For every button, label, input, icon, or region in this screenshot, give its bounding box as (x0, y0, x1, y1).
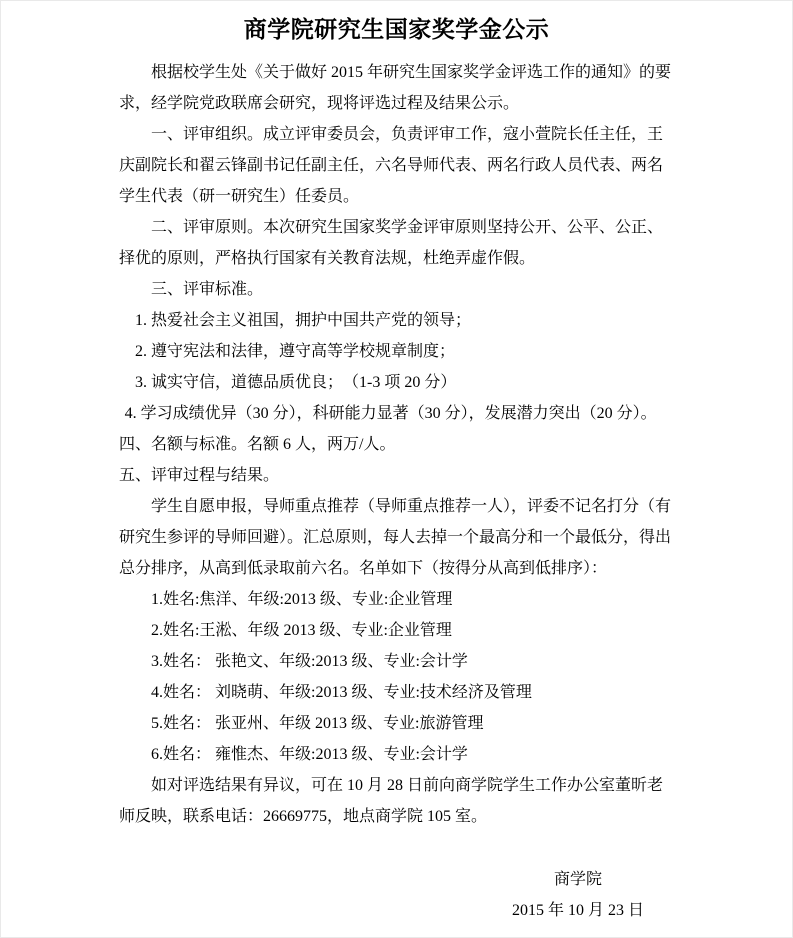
winner-list-item-3: 3.姓名： 张艳文、年级:2013 级、专业:会计学 (119, 646, 676, 677)
winner-list-item-5: 5.姓名： 张亚州、年级 2013 级、专业:旅游管理 (119, 708, 676, 739)
paragraph-section-2: 二、评审原则。本次研究生国家奖学金评审原则坚持公开、公平、公正、择优的原则，严格… (119, 212, 676, 274)
signature-block: 商学院 2015 年 10 月 23 日 (453, 864, 703, 926)
winner-list-item-4: 4.姓名： 刘晓萌、年级:2013 级、专业:技术经济及管理 (119, 677, 676, 708)
paragraph-section-3: 三、评审标准。 (119, 274, 676, 305)
signature-org: 商学院 (453, 864, 703, 895)
criteria-item-1: 1. 热爱社会主义祖国，拥护中国共产党的领导； (119, 305, 676, 336)
paragraph-process: 学生自愿申报，导师重点推荐（导师重点推荐一人），评委不记名打分（有研究生参评的导… (119, 491, 676, 584)
document-body: 根据校学生处《关于做好 2015 年研究生国家奖学金评选工作的通知》的要求，经学… (119, 57, 676, 832)
criteria-item-2: 2. 遵守宪法和法律，遵守高等学校规章制度； (119, 336, 676, 367)
document-title: 商学院研究生国家奖学金公示 (1, 1, 792, 45)
criteria-item-4: 4. 学习成绩优异（30 分），科研能力显著（30 分），发展潜力突出（20 分… (119, 398, 676, 429)
document-page: 商学院研究生国家奖学金公示 根据校学生处《关于做好 2015 年研究生国家奖学金… (0, 0, 793, 938)
paragraph-contact: 如对评选结果有异议，可在 10 月 28 日前向商学院学生工作办公室董昕老师反映… (119, 770, 676, 832)
winner-list-item-1: 1.姓名:焦洋、年级:2013 级、专业:企业管理 (119, 584, 676, 615)
paragraph-section-4: 四、名额与标准。名额 6 人，两万/人。 (119, 429, 676, 460)
paragraph-intro: 根据校学生处《关于做好 2015 年研究生国家奖学金评选工作的通知》的要求，经学… (119, 57, 676, 119)
winner-list-item-2: 2.姓名:王淞、年级 2013 级、专业:企业管理 (119, 615, 676, 646)
paragraph-section-1: 一、评审组织。成立评审委员会，负责评审工作，寇小萱院长任主任，王庆副院长和翟云锋… (119, 119, 676, 212)
signature-date: 2015 年 10 月 23 日 (453, 895, 703, 926)
criteria-item-3: 3. 诚实守信，道德品质优良； （1-3 项 20 分） (119, 367, 676, 398)
paragraph-section-5: 五、评审过程与结果。 (119, 460, 676, 491)
winner-list-item-6: 6.姓名： 雍惟杰、年级:2013 级、专业:会计学 (119, 739, 676, 770)
